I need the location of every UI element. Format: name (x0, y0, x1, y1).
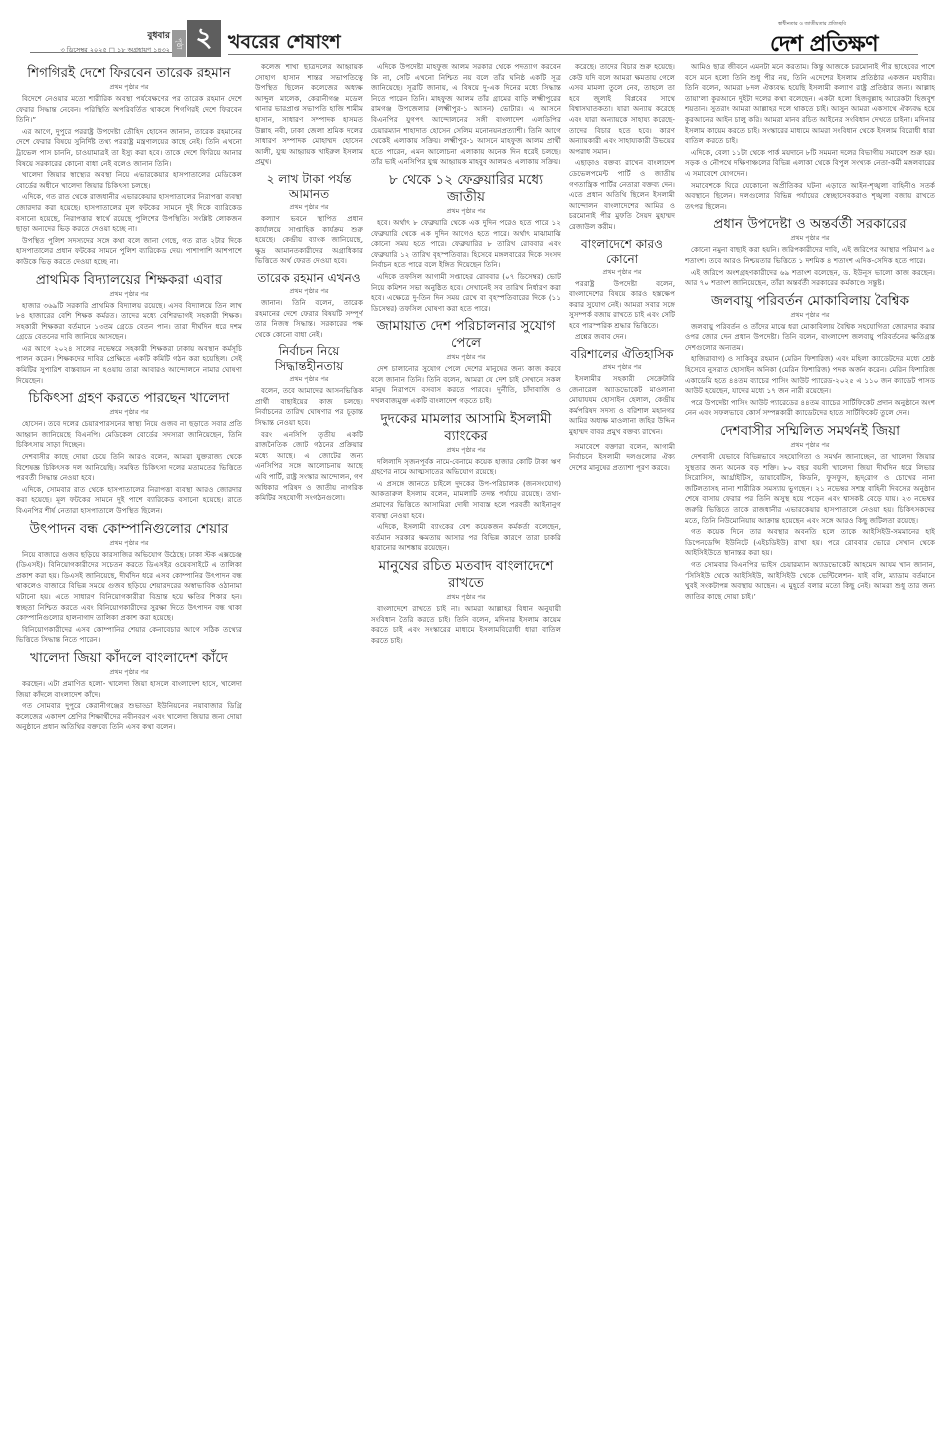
article-paragraph: এদিকে তফসিল আগামী সপ্তাহের রোববার (০৭ ডি… (371, 272, 561, 314)
article: আমিও ছাত্র জীবনে এমনটা মনে করতাম। কিন্তু… (685, 62, 935, 212)
article: দুদকের মামলার আসামি ইসলামী ব্যাংকেরপ্রথম… (371, 411, 561, 554)
continued-from-label: প্রথম পৃষ্ঠার পর (371, 353, 561, 362)
column-1: শিগগিরই দেশে ফিরবেন তারেক রহমানপ্রথম পৃষ… (16, 62, 242, 1452)
divider (30, 52, 178, 53)
article-paragraph: পরে উপদেষ্টা পাসিং আউট প্যারেডের ৪৪তম ব্… (685, 398, 935, 419)
article-headline[interactable]: বাংলাদেশে কারও কোনো (569, 237, 675, 267)
article: ২ লাখ টাকা পর্যন্ত আমানতপ্রথম পৃষ্ঠার পর… (255, 172, 363, 267)
newspaper-logo: দেশ প্রতিক্ষণ (770, 27, 878, 64)
article-headline[interactable]: দেশবাসীর সম্মিলিত সমর্থনই জিয়া (685, 423, 935, 440)
article-paragraph: বিদেশে নেওয়ার মতো শারীরিক অবস্থা পর্যবে… (16, 94, 242, 126)
article-paragraph: প্রশ্নের জবাব দেন। (569, 332, 675, 343)
article-headline[interactable]: বরিশালের ঐতিহাসিক (569, 347, 675, 362)
continued-from-label: প্রথম পৃষ্ঠার পর (371, 207, 561, 216)
article-paragraph: হোসেন। তবে দলের চেয়ারপারসনের স্বাস্থ্য … (16, 419, 242, 451)
article-paragraph: বলেন, তবে আমাদের আসনভিত্তিক প্রার্থী বাছ… (255, 386, 363, 428)
article-paragraph: এদিকে, বেলা ১১টা থেকে পার্ক ময়দানে ৮টি … (685, 148, 935, 180)
article-paragraph: পররাষ্ট্র উপদেষ্টা বলেন, বাংলাদেশের বিষয… (569, 279, 675, 332)
article-paragraph: হাজিরাবাগ) ও সাকিবুর রহমান (মেরিন ফিশারি… (685, 354, 935, 396)
continued-from-label: প্রথম পৃষ্ঠার পর (255, 203, 363, 212)
article: কলেজ শাখা ছাত্রদলের আহ্বায়ক সোহাগ হাসান… (255, 62, 363, 168)
article: এদিকে উপদেষ্টা মাহফুজ আলম সরকার থেকে পদত… (371, 62, 561, 168)
article-paragraph: হাজার ৩৬৯টি সরকারি প্রাথমিক বিদ্যালয় রয… (16, 301, 242, 343)
article-headline[interactable]: শিগগিরই দেশে ফিরবেন তারেক রহমান (16, 65, 242, 82)
article: চিকিৎসা গ্রহণ করতে পারছেন খালেদাপ্রথম পৃ… (16, 390, 242, 516)
article-paragraph: দেশ চালানোর সুযোগ পেলে দেশের মানুষের জন্… (371, 364, 561, 406)
article: নির্বাচন নিয়ে সিদ্ধান্তহীনতায়প্রথম পৃষ… (255, 344, 363, 504)
article-paragraph: বাংলাদেশে রাখতে চাই না। আমরা আল্লাহর বিধ… (371, 604, 561, 646)
article: জামায়াত দেশ পরিচালনার সুযোগ পেলেপ্রথম প… (371, 318, 561, 406)
article-paragraph: এর আগে, দুপুরে পররাষ্ট্র উপদেষ্টা তৌহিদ … (16, 127, 242, 169)
article-paragraph: নিয়ে বাজারে গুজব ছড়িয়ে কারসাজির অভিযো… (16, 550, 242, 624)
article-paragraph: দলিলাদি সৃজনপূর্বক নামে-বেনামে কয়েক হাজ… (371, 457, 561, 478)
article: খালেদা জিয়া কাঁদলে বাংলাদেশ কাঁদেপ্রথম … (16, 650, 242, 733)
article-headline[interactable]: খালেদা জিয়া কাঁদলে বাংলাদেশ কাঁদে (16, 650, 242, 667)
article-paragraph: সমাবেশকে ঘিরে যেকোনো অপ্রীতিকর ঘটনা এড়া… (685, 181, 935, 213)
continued-from-label: প্রথম পৃষ্ঠার পর (255, 287, 363, 296)
article: উৎপাদন বন্ধ কোম্পানিগুলোর শেয়ারপ্রথম পৃ… (16, 521, 242, 646)
article-paragraph: এ প্রসঙ্গে জানতে চাইলে দুদকের উপ-পরিচালক… (371, 479, 561, 521)
article: সমাবেশে বক্তারা বলেন, আগামী নির্বাচনে ইস… (569, 442, 675, 474)
article-headline[interactable]: ২ লাখ টাকা পর্যন্ত আমানত (255, 172, 363, 202)
article-headline[interactable]: দুদকের মামলার আসামি ইসলামী ব্যাংকের (371, 411, 561, 445)
article-paragraph: এছাড়াও বক্তব্য রাখেন বাংলাদেশ ডেভেলপমেন… (569, 158, 675, 232)
article-paragraph: করেছে। তাদের বিচার শুরু হয়েছে। কেউ যদি … (569, 62, 675, 157)
article-paragraph: কোনো নমুনা বাছাই করা হয়নি। জরিপকারীদের … (685, 245, 935, 266)
continued-from-label: প্রথম পৃষ্ঠার পর (371, 446, 561, 455)
article: প্রাথমিক বিদ্যালয়ের শিক্ষকরা এবারপ্রথম … (16, 272, 242, 387)
article: দেশবাসীর সম্মিলিত সমর্থনই জিয়াপ্রথম পৃষ… (685, 423, 935, 602)
continued-from-label: প্রথম পৃষ্ঠার পর (16, 408, 242, 417)
article-paragraph: বরং এনসিপি তৃতীয় একটি রাজনৈতিক জোট গঠনে… (255, 430, 363, 504)
article-headline[interactable]: প্রাথমিক বিদ্যালয়ের শিক্ষকরা এবার (16, 272, 242, 289)
article: ৮ থেকে ১২ ফেব্রুয়ারির মধ্যে জাতীয়প্রথম… (371, 172, 561, 314)
article-paragraph: এদিকে, গত রাত থেকে রাজধানীর এভারকেয়ার হ… (16, 192, 242, 234)
article: প্রধান উপদেষ্টা ও অন্তর্বর্তী সরকারেরপ্র… (685, 216, 935, 288)
article: বাংলাদেশে কারও কোনোপ্রথম পৃষ্ঠার পরপররাষ… (569, 237, 675, 344)
article: শিগগিরই দেশে ফিরবেন তারেক রহমানপ্রথম পৃষ… (16, 65, 242, 268)
continued-from-label: প্রথম পৃষ্ঠার পর (685, 311, 935, 320)
article: মানুষের রচিত মতবাদ বাংলাদেশে রাখতেপ্রথম … (371, 558, 561, 646)
continued-from-label: প্রথম পৃষ্ঠার পর (569, 363, 675, 372)
article-headline[interactable]: ৮ থেকে ১২ ফেব্রুয়ারির মধ্যে জাতীয় (371, 172, 561, 206)
continued-from-label: প্রথম পৃষ্ঠার পর (16, 668, 242, 677)
article-paragraph: আমিও ছাত্র জীবনে এমনটা মনে করতাম। কিন্তু… (685, 62, 935, 147)
section-title: খবরের শেষাংশ (228, 28, 341, 60)
article: তারেক রহমান এখনওপ্রথম পৃষ্ঠার পরজানান। ত… (255, 271, 363, 340)
article-paragraph: জানান। তিনি বলেন, তারেক রহমানের দেশে ফের… (255, 298, 363, 340)
weekday: বুধবার (30, 28, 170, 43)
article-paragraph: উপস্থিত পুলিশ সদস্যদের সঙ্গে কথা বলে জান… (16, 236, 242, 268)
article-headline[interactable]: উৎপাদন বন্ধ কোম্পানিগুলোর শেয়ার (16, 521, 242, 538)
continued-from-label: প্রথম পৃষ্ঠার পর (16, 290, 242, 299)
column-2: কলেজ শাখা ছাত্রদলের আহ্বায়ক সোহাগ হাসান… (255, 62, 363, 1452)
article-paragraph: গত সোমবার বিএনপির ভাইস চেয়ারম্যান অ্যাড… (685, 560, 935, 602)
page-number: ২ (187, 20, 221, 57)
article: জলবায়ু পরিবর্তন মোকাবিলায় বৈশ্বিকপ্রথম… (685, 293, 935, 419)
date: ৩ ডিসেম্বর ২০২৫ □ ১৮ অগ্রহায়ণ ১৪৩২ (30, 45, 170, 56)
article-headline[interactable]: নির্বাচন নিয়ে সিদ্ধান্তহীনতায় (255, 344, 363, 374)
continued-from-label: প্রথম পৃষ্ঠার পর (16, 83, 242, 92)
continued-from-label: প্রথম পৃষ্ঠার পর (685, 234, 935, 243)
article-headline[interactable]: চিকিৎসা গ্রহণ করতে পারছেন খালেদা (16, 390, 242, 407)
article-paragraph: এই জরিপে অংশগ্রহণকারীদের ৬৯ শতাংশ বলেছেন… (685, 268, 935, 289)
article-paragraph: ইসলামীর সহকারী সেক্রেটারি জেনারেল অ্যাডভ… (569, 374, 675, 438)
continued-from-label: প্রথম পৃষ্ঠার পর (685, 441, 935, 450)
article-paragraph: এদিকে, ইসলামী ব্যাংকের বেশ কয়েকজন কর্মক… (371, 522, 561, 554)
continued-from-label: প্রথম পৃষ্ঠার পর (255, 375, 363, 384)
article-paragraph: দেশবাসী যেভাবে বিভিন্নভাবে সহযোগিতা ও সম… (685, 452, 935, 526)
article-paragraph: কল্যাণ ভবনে স্থাপিত প্রধান কার্যালয়ে সা… (255, 214, 363, 267)
article-paragraph: কলেজ শাখা ছাত্রদলের আহ্বায়ক সোহাগ হাসান… (255, 62, 363, 168)
column-4: করেছে। তাদের বিচার শুরু হয়েছে। কেউ যদি … (569, 62, 675, 1452)
article-paragraph: গত সোমবার দুপুরে কেরানীগঞ্জের শুভাড্ডা ই… (16, 701, 242, 733)
article-paragraph: বিনিয়োগকারীদের এসব কোম্পানির শেয়ার কেন… (16, 625, 242, 646)
article-paragraph: সমাবেশে বক্তারা বলেন, আগামী নির্বাচনে ইস… (569, 442, 675, 474)
article-paragraph: এদিকে উপদেষ্টা মাহফুজ আলম সরকার থেকে পদত… (371, 62, 561, 168)
article-headline[interactable]: মানুষের রচিত মতবাদ বাংলাদেশে রাখতে (371, 558, 561, 592)
column-5: আমিও ছাত্র জীবনে এমনটা মনে করতাম। কিন্তু… (685, 62, 935, 1452)
article: করেছে। তাদের বিচার শুরু হয়েছে। কেউ যদি … (569, 62, 675, 233)
article-paragraph: এর আগে ২০২৪ সালের নভেম্বরে সহকারী শিক্ষক… (16, 344, 242, 386)
continued-from-label: প্রথম পৃষ্ঠার পর (371, 593, 561, 602)
article-paragraph: এদিকে, সোমবার রাত থেকে হাসপাতালের নিরাপত… (16, 485, 242, 517)
article-paragraph: গত কয়েক দিনে তার অবস্থার অবনতি হলে তাকে… (685, 527, 935, 559)
article-paragraph: খালেদা জিয়ার স্বাস্থ্যের অবস্থা নিয়ে এ… (16, 170, 242, 191)
continued-from-label: প্রথম পৃষ্ঠার পর (569, 268, 675, 277)
continued-from-label: প্রথম পৃষ্ঠার পর (16, 539, 242, 548)
article-paragraph: জলবায়ু পরিবর্তন ও তাঁদের মাঝে ধরা মোকাব… (685, 322, 935, 354)
article-paragraph: দেশবাসীর কাছে দোয়া চেয়ে তিনি আরও বলেন,… (16, 452, 242, 484)
page-label: পৃষ্ঠা (172, 30, 186, 57)
article-headline[interactable]: প্রধান উপদেষ্টা ও অন্তর্বর্তী সরকারের (685, 216, 935, 233)
article-headline[interactable]: জলবায়ু পরিবর্তন মোকাবিলায় বৈশ্বিক (685, 293, 935, 310)
article-headline[interactable]: তারেক রহমান এখনও (255, 271, 363, 286)
article-paragraph: হবে। অর্থাৎ ৮ ফেব্রুয়ারি থেকে এক দুদিন … (371, 218, 561, 271)
masthead: বুধবার ৩ ডিসেম্বর ২০২৫ □ ১৮ অগ্রহায়ণ ১৪… (0, 0, 945, 52)
column-3: এদিকে উপদেষ্টা মাহফুজ আলম সরকার থেকে পদত… (371, 62, 561, 1452)
article: বরিশালের ঐতিহাসিকপ্রথম পৃষ্ঠার পরইসলামীর… (569, 347, 675, 438)
article-paragraph: করছেন। এটা প্রমাণিত হলো- খালেদা জিয়া হা… (16, 679, 242, 700)
article-headline[interactable]: জামায়াত দেশ পরিচালনার সুযোগ পেলে (371, 318, 561, 352)
